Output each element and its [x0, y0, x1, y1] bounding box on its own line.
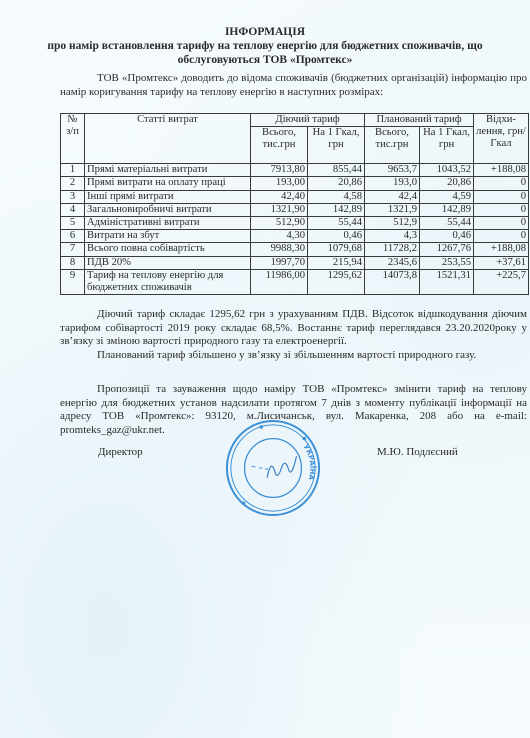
row-item: Прямі матеріальні витрати	[85, 164, 251, 177]
signature-title: Директор	[98, 446, 143, 458]
row-current-total: 7913,80	[251, 164, 308, 177]
row-current-per-gcal: 20,86	[308, 177, 365, 190]
row-item: ПДВ 20%	[85, 256, 251, 269]
row-deviation: +188,08	[474, 243, 529, 256]
header-planned-total: Всього, тис.грн	[365, 127, 420, 164]
tariff-table: № з/п Статті витрат Діючий тариф Планова…	[60, 113, 529, 295]
row-current-total: 1321,90	[251, 203, 308, 216]
row-planned-total: 512,9	[365, 217, 420, 230]
row-number: 9	[61, 269, 85, 294]
row-deviation: +225,7	[474, 269, 529, 294]
row-item: Прямі витрати на оплату праці	[85, 177, 251, 190]
row-deviation: 0	[474, 177, 529, 190]
row-deviation: 0	[474, 217, 529, 230]
row-planned-total: 1321,9	[365, 203, 420, 216]
row-current-per-gcal: 1079,68	[308, 243, 365, 256]
row-number: 3	[61, 190, 85, 203]
row-planned-per-gcal: 0,46	[420, 230, 474, 243]
document-heading: ІНФОРМАЦІЯ	[0, 25, 530, 39]
row-deviation: 0	[474, 230, 529, 243]
header-current-per-gcal: На 1 Гкал, грн	[308, 127, 365, 164]
row-deviation: 0	[474, 203, 529, 216]
document-subheading-line2: обслуговуються ТОВ «Промтекс»	[0, 53, 530, 67]
row-planned-total: 4,3	[365, 230, 420, 243]
row-number: 4	[61, 203, 85, 216]
row-planned-per-gcal: 20,86	[420, 177, 474, 190]
header-current-total: Всього, тис.грн	[251, 127, 308, 164]
table-row: 6Витрати на збут4,300,464,30,460	[61, 230, 529, 243]
row-item: Загальновиробничі витрати	[85, 203, 251, 216]
table-row: 3Інші прямі витрати42,404,5842,44,590	[61, 190, 529, 203]
row-current-total: 512,90	[251, 217, 308, 230]
row-planned-total: 193,0	[365, 177, 420, 190]
row-deviation: +188,08	[474, 164, 529, 177]
row-current-total: 9988,30	[251, 243, 308, 256]
table-row: 1Прямі матеріальні витрати7913,80855,449…	[61, 164, 529, 177]
current-tariff-paragraph: Діючий тариф складає 1295,62 грн з ураху…	[60, 308, 527, 349]
row-current-per-gcal: 855,44	[308, 164, 365, 177]
row-deviation: 0	[474, 190, 529, 203]
row-planned-per-gcal: 4,59	[420, 190, 474, 203]
row-current-per-gcal: 4,58	[308, 190, 365, 203]
row-planned-total: 14073,8	[365, 269, 420, 294]
row-planned-total: 42,4	[365, 190, 420, 203]
row-planned-total: 9653,7	[365, 164, 420, 177]
row-planned-per-gcal: 55,44	[420, 217, 474, 230]
header-planned-tariff: Планований тариф	[365, 114, 474, 127]
row-planned-per-gcal: 253,55	[420, 256, 474, 269]
row-current-per-gcal: 142,89	[308, 203, 365, 216]
row-current-total: 11986,00	[251, 269, 308, 294]
header-current-tariff: Діючий тариф	[251, 114, 365, 127]
header-item: Статті витрат	[85, 114, 251, 164]
official-stamp-icon: УКРАЇНА	[224, 418, 322, 518]
row-number: 2	[61, 177, 85, 190]
row-item: Інші прямі витрати	[85, 190, 251, 203]
row-current-per-gcal: 1295,62	[308, 269, 365, 294]
row-deviation: +37,61	[474, 256, 529, 269]
signature-name: М.Ю. Подлєсний	[377, 446, 458, 458]
planned-tariff-paragraph: Планований тариф збільшено у зв’язку зі …	[60, 349, 527, 363]
row-item: Адміністративні витрати	[85, 217, 251, 230]
row-number: 1	[61, 164, 85, 177]
row-planned-total: 2345,6	[365, 256, 420, 269]
row-current-total: 1997,70	[251, 256, 308, 269]
table-row: 7Всього повна собівартість9988,301079,68…	[61, 243, 529, 256]
intro-paragraph: ТОВ «Промтекс» доводить до відома спожив…	[60, 72, 527, 99]
header-num: № з/п	[61, 114, 85, 164]
table-row: 9Тариф на теплову енергію для бюджетних …	[61, 269, 529, 294]
row-number: 7	[61, 243, 85, 256]
row-number: 8	[61, 256, 85, 269]
table-row: 2Прямі витрати на оплату праці193,0020,8…	[61, 177, 529, 190]
row-number: 5	[61, 217, 85, 230]
row-planned-per-gcal: 142,89	[420, 203, 474, 216]
row-current-per-gcal: 0,46	[308, 230, 365, 243]
table-row: 5Адміністративні витрати512,9055,44512,9…	[61, 217, 529, 230]
row-item: Тариф на теплову енергію для бюджетних с…	[85, 269, 251, 294]
row-planned-total: 11728,2	[365, 243, 420, 256]
header-planned-per-gcal: На 1 Гкал, грн	[420, 127, 474, 164]
document-page: ІНФОРМАЦІЯ про намір встановлення тарифу…	[0, 0, 530, 738]
row-item: Витрати на збут	[85, 230, 251, 243]
row-planned-per-gcal: 1267,76	[420, 243, 474, 256]
table-row: 4Загальновиробничі витрати1321,90142,891…	[61, 203, 529, 216]
row-current-per-gcal: 55,44	[308, 217, 365, 230]
table-row: 8ПДВ 20%1997,70215,942345,6253,55+37,61	[61, 256, 529, 269]
row-current-total: 193,00	[251, 177, 308, 190]
row-item: Всього повна собівартість	[85, 243, 251, 256]
row-current-total: 42,40	[251, 190, 308, 203]
row-current-per-gcal: 215,94	[308, 256, 365, 269]
row-planned-per-gcal: 1521,31	[420, 269, 474, 294]
document-subheading-line1: про намір встановлення тарифу на теплову…	[0, 39, 530, 53]
row-current-total: 4,30	[251, 230, 308, 243]
header-deviation: Відхи-лення, грн/Гкал	[474, 114, 529, 164]
row-number: 6	[61, 230, 85, 243]
row-planned-per-gcal: 1043,52	[420, 164, 474, 177]
